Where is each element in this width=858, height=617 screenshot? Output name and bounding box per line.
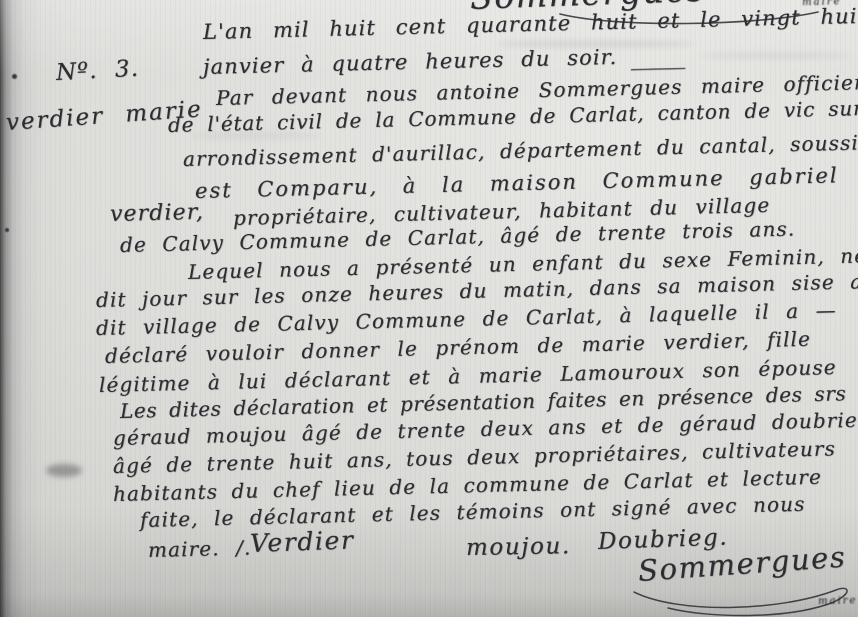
registry-page-scan: Sommergues maire Nº. 3. verdier marie L'… <box>0 0 858 617</box>
bleed-through-mark <box>495 40 695 48</box>
act-line: maire. /. <box>148 535 252 562</box>
ink-smudge <box>46 464 82 477</box>
official-signature-title: maire <box>818 595 858 607</box>
act-number: Nº. 3. <box>55 56 139 86</box>
act-line: janvier à quatre heures du soir. <box>203 45 618 79</box>
ink-speck <box>12 74 17 79</box>
act-line: verdier, <box>110 200 205 227</box>
witness-signature: moujou. <box>466 533 571 561</box>
bleed-through-mark <box>190 132 320 139</box>
bleed-through-mark <box>700 52 850 59</box>
witness-signature: Verdier <box>249 525 354 558</box>
ink-speck <box>5 228 9 232</box>
